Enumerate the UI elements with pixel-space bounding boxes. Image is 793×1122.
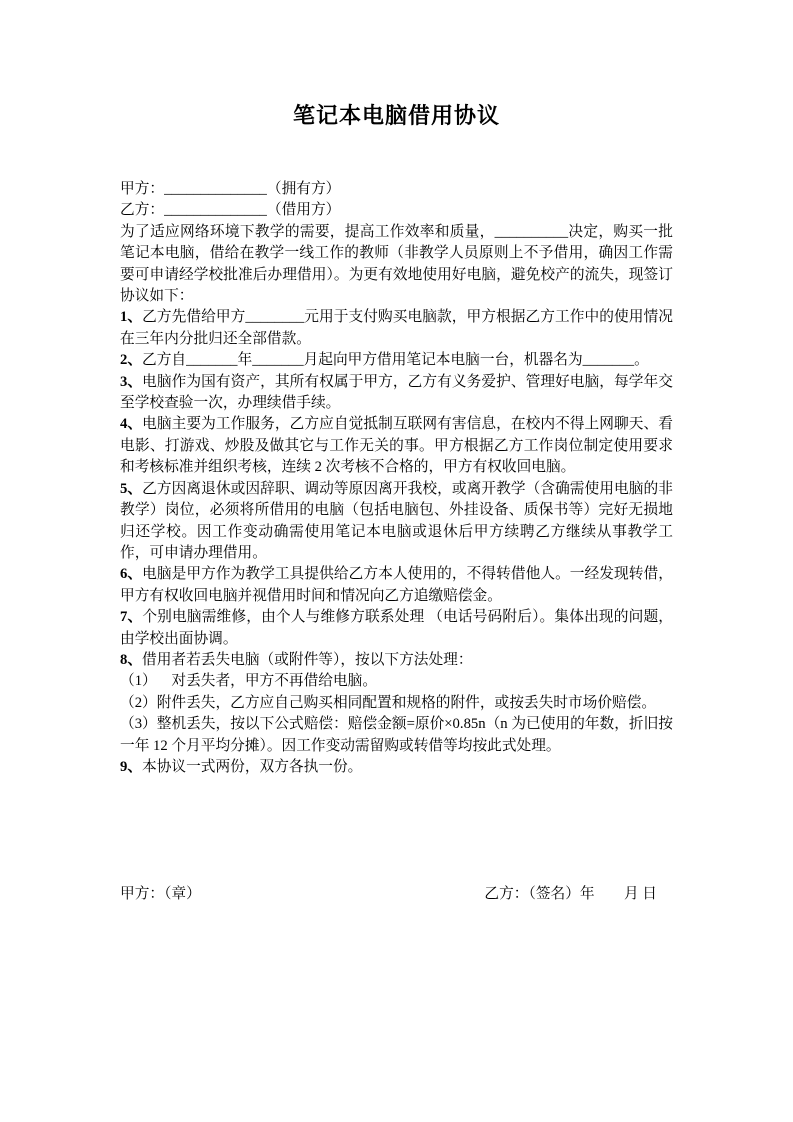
paragraph: 8、借用者若丢失电脑（或附件等），按以下方法处理： bbox=[120, 650, 673, 671]
parties-block: 甲方：______________（拥有方） 乙方：______________… bbox=[120, 179, 673, 222]
paragraph: 5、乙方因离退休或因辞职、调动等原因离开我校，或离开教学（含确需使用电脑的非教学… bbox=[120, 479, 673, 565]
clause-text: 电脑作为国有资产，其所有权属于甲方，乙方有义务爱护、管理好电脑，每学年交至学校查… bbox=[120, 374, 673, 411]
clause-text: 借用者若丢失电脑（或附件等），按以下方法处理： bbox=[142, 652, 472, 668]
document-title: 笔记本电脑借用协议 bbox=[120, 101, 673, 131]
clause-number: 9、 bbox=[120, 759, 142, 775]
clause-text: 电脑是甲方作为教学工具提供给乙方本人使用的，不得转借他人。一经发现转借，甲方有权… bbox=[120, 566, 673, 603]
clause-number: 5、 bbox=[120, 481, 142, 497]
paragraph: 7、个别电脑需维修，由个人与维修方联系处理 （电话号码附后）。集体出现的问题，由… bbox=[120, 607, 673, 650]
clause-number: 7、 bbox=[120, 609, 142, 625]
clause-text: 乙方自_______年_______月起向甲方借用笔记本电脑一台，机器名为___… bbox=[142, 352, 649, 368]
paragraph: 6、电脑是甲方作为教学工具提供给乙方本人使用的，不得转借他人。一经发现转借，甲方… bbox=[120, 564, 673, 607]
clause-number: 6、 bbox=[120, 566, 142, 582]
clause-text: （1） 对丢失者，甲方不再借给电脑。 bbox=[120, 673, 377, 689]
clause-text: 为了适应网络环境下教学的需要，提高工作效率和质量，__________决定，购买… bbox=[120, 224, 673, 304]
clause-text: 个别电脑需维修，由个人与维修方联系处理 （电话号码附后）。集体出现的问题，由学校… bbox=[120, 609, 673, 646]
paragraph: 4、电脑主要为工作服务，乙方应自觉抵制互联网有害信息，在校内不得上网聊天、看电影… bbox=[120, 414, 673, 478]
paragraph: 1、乙方先借给甲方________元用于支付购买电脑款，甲方根据乙方工作中的使用… bbox=[120, 307, 673, 350]
document-content: 笔记本电脑借用协议 甲方：______________（拥有方） 乙方：____… bbox=[120, 101, 673, 778]
party-a-signature: 甲方：（章） bbox=[120, 884, 201, 905]
signature-row: 甲方：（章） 乙方：（签名）年 月 日 bbox=[120, 884, 672, 905]
paragraph: （3）整机丢失，按以下公式赔偿：赔偿金额=原价×0.85n（n 为已使用的年数，… bbox=[120, 714, 673, 757]
clause-number: 1、 bbox=[120, 309, 142, 325]
paragraph: 为了适应网络环境下教学的需要，提高工作效率和质量，__________决定，购买… bbox=[120, 222, 673, 308]
clause-text: （2）附件丢失，乙方应自己购买相同配置和规格的附件，或按丢失时市场价赔偿。 bbox=[120, 695, 656, 711]
paragraph: 9、本协议一式两份，双方各执一份。 bbox=[120, 757, 673, 778]
document-page: 笔记本电脑借用协议 甲方：______________（拥有方） 乙方：____… bbox=[0, 0, 793, 1122]
party-line: 甲方：______________（拥有方） bbox=[120, 179, 673, 200]
document-body: 为了适应网络环境下教学的需要，提高工作效率和质量，__________决定，购买… bbox=[120, 222, 673, 779]
clause-number: 8、 bbox=[120, 652, 142, 668]
paragraph: 2、乙方自_______年_______月起向甲方借用笔记本电脑一台，机器名为_… bbox=[120, 350, 673, 371]
paragraph: 3、电脑作为国有资产，其所有权属于甲方，乙方有义务爱护、管理好电脑，每学年交至学… bbox=[120, 372, 673, 415]
paragraph: （1） 对丢失者，甲方不再借给电脑。 bbox=[120, 671, 673, 692]
paragraph: （2）附件丢失，乙方应自己购买相同配置和规格的附件，或按丢失时市场价赔偿。 bbox=[120, 693, 673, 714]
clause-text: 乙方先借给甲方________元用于支付购买电脑款，甲方根据乙方工作中的使用情况… bbox=[120, 309, 673, 346]
clause-text: 乙方因离退休或因辞职、调动等原因离开我校，或离开教学（含确需使用电脑的非教学）岗… bbox=[120, 481, 673, 561]
clause-number: 4、 bbox=[120, 416, 142, 432]
party-line: 乙方：______________（借用方） bbox=[120, 200, 673, 221]
clause-text: 电脑主要为工作服务，乙方应自觉抵制互联网有害信息，在校内不得上网聊天、看电影、打… bbox=[120, 416, 673, 475]
clause-text: 本协议一式两份，双方各执一份。 bbox=[142, 759, 362, 775]
clause-number: 3、 bbox=[120, 374, 142, 390]
clause-number: 2、 bbox=[120, 352, 142, 368]
clause-text: （3）整机丢失，按以下公式赔偿：赔偿金额=原价×0.85n（n 为已使用的年数，… bbox=[120, 716, 673, 753]
party-b-signature: 乙方：（签名）年 月 日 bbox=[484, 884, 672, 905]
